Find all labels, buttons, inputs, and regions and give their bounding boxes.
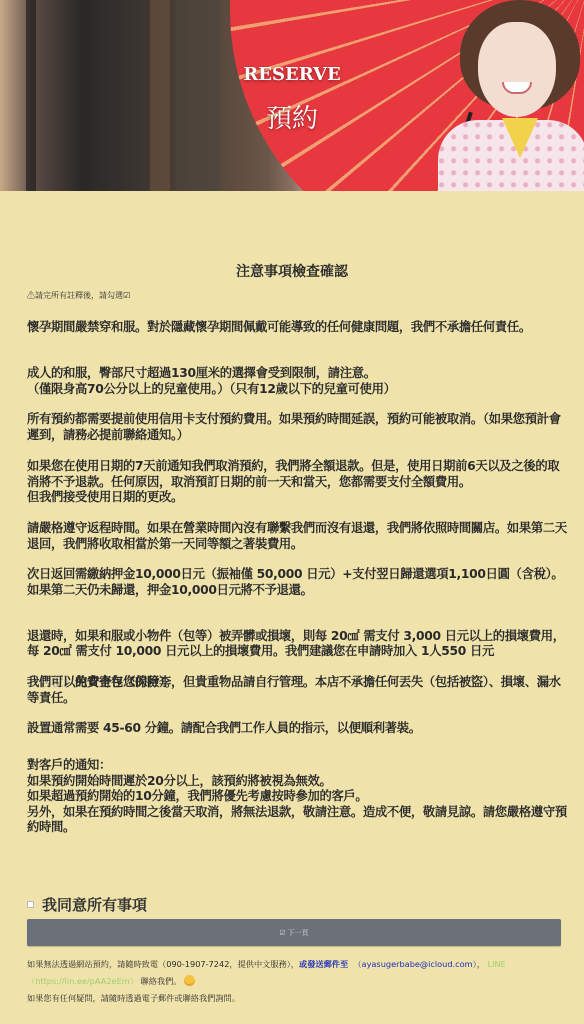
hero-background-pillar [175, 0, 220, 191]
customer-notice: 對客戶的通知： 如果預約開始時間遲於20分以上，該預約將被視為無效。 如果超過預… [27, 758, 567, 836]
phone-contact-text: 如果無法透過網站預約，請隨時致電（090-1907-7242，提供中文服務）， [27, 959, 299, 969]
hero-background-pillar [150, 0, 170, 191]
line-contact-suffix: 聯絡我們。 [141, 976, 182, 986]
agree-label[interactable]: 我同意所有事項 [42, 894, 147, 915]
checkbox-icon: ☑ [279, 929, 285, 937]
term-pregnancy: 懷孕期間嚴禁穿和服。對於隱藏懷孕期間佩戴可能導致的任何健康問題，我們不承擔任何責… [27, 320, 567, 336]
email-prefix: 或發送郵件至 [299, 959, 348, 969]
instruction-note: ⚠請完所有註釋後，請勾選☑ [27, 290, 130, 301]
hero-title-en: RESERVE [0, 64, 584, 85]
term-size-limit: 成人的和服，臀部尺寸超過130厘米的選擇會受到限制，請注意。 （僅限身高70公分… [27, 366, 567, 397]
kimono-model-image [420, 0, 584, 191]
term-luggage: 我們可以免費寄存您的行李，但貴重物品請自行管理。本店不承擔任何丟失（包括被盜）、… [27, 675, 567, 706]
hero-background-pillar [26, 0, 36, 191]
term-setup-time: 設置通常需要 45-60 分鐘。請配合我們工作人員的指示，以便順利著裝。 [27, 721, 567, 737]
term-prepayment: 所有預約都需要提前使用信用卡支付預約費用。如果預約時間延誤，預約可能被取消。（如… [27, 412, 567, 443]
next-page-button[interactable]: ☑ 下一頁 [27, 919, 561, 946]
inquiry-text: 如果您有任何疑問，請隨時透過電子郵件或聯絡我們詢問。 [27, 993, 240, 1003]
term-cancellation: 如果您在使用日期的7天前通知我們取消預約，我們將全額退款。但是，使用日期前6天以… [27, 459, 567, 506]
agree-checkbox[interactable] [27, 901, 34, 908]
hero-title-zh: 預約 [0, 98, 584, 135]
term-next-day-return: 次日返回需繳納押金10,000日元（振袖僅 50,000 日元）+支付翌日歸還選… [27, 567, 567, 598]
hero-banner: RESERVE 預約 [0, 0, 584, 191]
line-link-label[interactable]: LINE [488, 959, 506, 969]
agree-row[interactable]: 我同意所有事項 [27, 894, 147, 915]
next-page-label: 下一頁 [288, 928, 309, 938]
smile-emoji-icon [184, 975, 195, 986]
page-title: 注意事項檢查確認 [27, 261, 557, 281]
contact-footer: 如果無法透過網站預約，請隨時致電（090-1907-7242，提供中文服務），或… [27, 956, 567, 1007]
term-return-time: 請嚴格遵守返程時間。如果在營業時間內沒有聯繫我們而沒有退還，我們將依照時間關店。… [27, 521, 567, 552]
email-link[interactable]: （ayasugerbabe@icloud.com） [353, 959, 476, 969]
line-url-link[interactable]: （https://lin.ee/pAA2eEm） [27, 976, 138, 986]
